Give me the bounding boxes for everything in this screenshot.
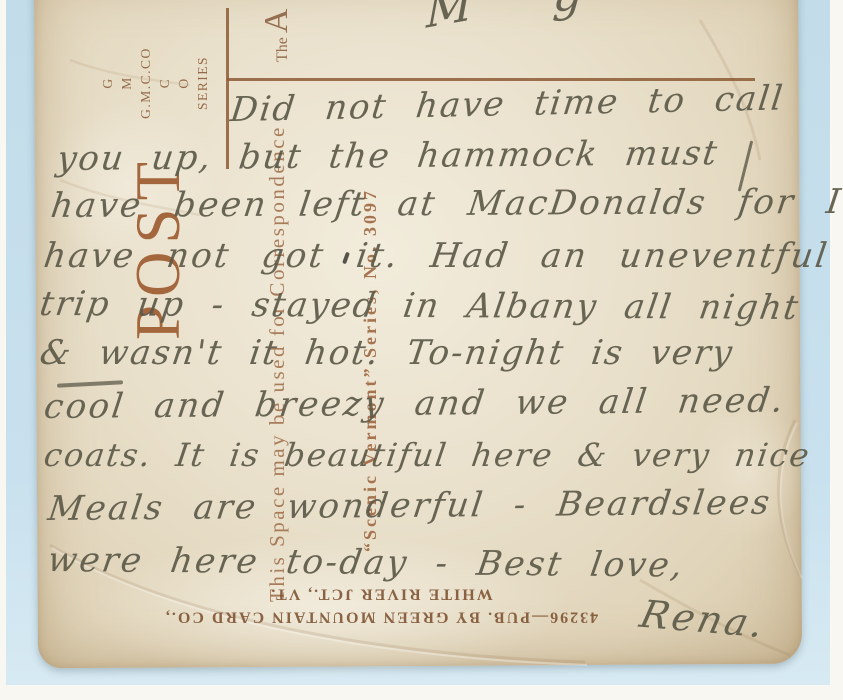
message-line: cool and breezy and we all need. bbox=[42, 381, 788, 428]
message-line: & wasn't it hot. To-night is very bbox=[37, 333, 736, 373]
message-line: trip up - stayed in Albany all night bbox=[37, 284, 802, 328]
postcard-photo: G M G.M.C.CO C O SERIES POST The A This … bbox=[0, 0, 843, 700]
brand-line: G bbox=[98, 30, 117, 136]
address-note-text: The bbox=[274, 33, 291, 62]
brand-line: O bbox=[174, 30, 193, 136]
message-line: Meals are wonderful - Beardslees bbox=[46, 483, 775, 529]
message-line: have not got it. Had an uneventful bbox=[41, 236, 831, 276]
message-line: have been left at MacDonalds for I bbox=[49, 182, 843, 226]
brand-line: SERIES bbox=[193, 30, 212, 136]
brand-line: G.M.C.CO bbox=[136, 30, 155, 136]
message-line: you up, but the hammock must bbox=[55, 133, 721, 179]
message-line: were here to-day - Best love, bbox=[45, 540, 688, 586]
brand-line: C bbox=[155, 30, 174, 136]
handwriting-fragment: g bbox=[551, 0, 585, 23]
publisher-location: WHITE RIVER JCT., VT. bbox=[125, 582, 637, 605]
publisher-line: 43296—PUB. BY GREEN MOUNTAIN CARD CO., bbox=[125, 605, 637, 628]
brand-line: M bbox=[117, 30, 136, 136]
publisher-imprint: 43296—PUB. BY GREEN MOUNTAIN CARD CO., W… bbox=[125, 582, 637, 628]
message-line: coats. It is beautiful here & very nice bbox=[42, 436, 814, 474]
address-side-note: The A bbox=[258, 9, 296, 62]
address-note-initial: A bbox=[258, 9, 295, 34]
brand-series-mark: G M G.M.C.CO C O SERIES bbox=[98, 30, 212, 136]
